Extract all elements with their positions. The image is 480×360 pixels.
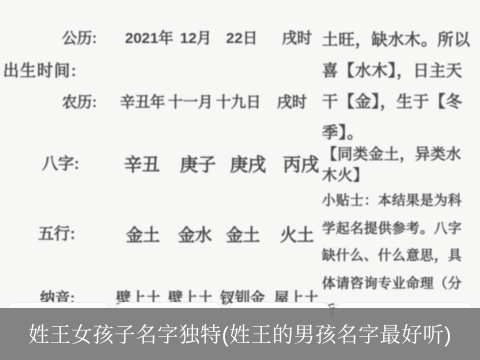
birth-time-label: 出生时间: xyxy=(3,58,77,81)
same-kind-elements-line: 【同类金土，异类水木火】 xyxy=(322,143,474,185)
table-cell: 戌时 xyxy=(277,91,307,112)
row-label: 八字: xyxy=(42,151,79,174)
table-cell: 金土 xyxy=(226,221,260,246)
table-row-five-elements: 五行: 金土 金水 金土 火土 xyxy=(0,221,322,247)
table-cell: 2021年 xyxy=(125,27,173,48)
table-cell: 12月 xyxy=(180,27,212,48)
table-cell: 十一月 xyxy=(168,91,213,112)
table-cell: 戌时 xyxy=(282,27,312,48)
table-cell: 金水 xyxy=(178,221,212,246)
element-analysis-summary: 土旺，缺水木。所以喜【水木】，日主天干【金】，生于【冬季】。 xyxy=(322,25,474,149)
table-cell: 辛丑 xyxy=(124,151,160,177)
naming-page-screenshot: 出生时间: 公历: 2021年 12月 22日 戌时 农历: 辛丑年 十一月 十… xyxy=(0,0,480,360)
caption-bar: 姓王女孩子名字独特(姓王的男孩名字最好听) xyxy=(0,308,480,360)
table-cell: 十九日 xyxy=(216,91,261,112)
table-cell: 22日 xyxy=(226,27,258,48)
table-cell: 丙戌 xyxy=(283,151,319,177)
table-cell: 火土 xyxy=(280,221,314,246)
table-row-lunar: 农历: 辛丑年 十一月 十九日 戌时 xyxy=(0,91,322,117)
row-label: 公历: xyxy=(62,27,97,48)
row-label: 农历: xyxy=(62,91,97,112)
table-cell: 庚子 xyxy=(180,151,216,177)
table-cell: 庚戌 xyxy=(230,151,266,177)
caption-title: 姓王女孩子名字独特(姓王的男孩名字最好听) xyxy=(28,319,452,349)
row-label: 五行: xyxy=(38,221,75,244)
table-cell: 金土 xyxy=(126,221,160,246)
table-cell: 辛丑年 xyxy=(120,91,165,112)
table-row-bazi: 八字: 辛丑 庚子 庚戌 丙戌 xyxy=(0,151,322,177)
table-row-gregorian: 公历: 2021年 12月 22日 戌时 xyxy=(0,27,322,53)
